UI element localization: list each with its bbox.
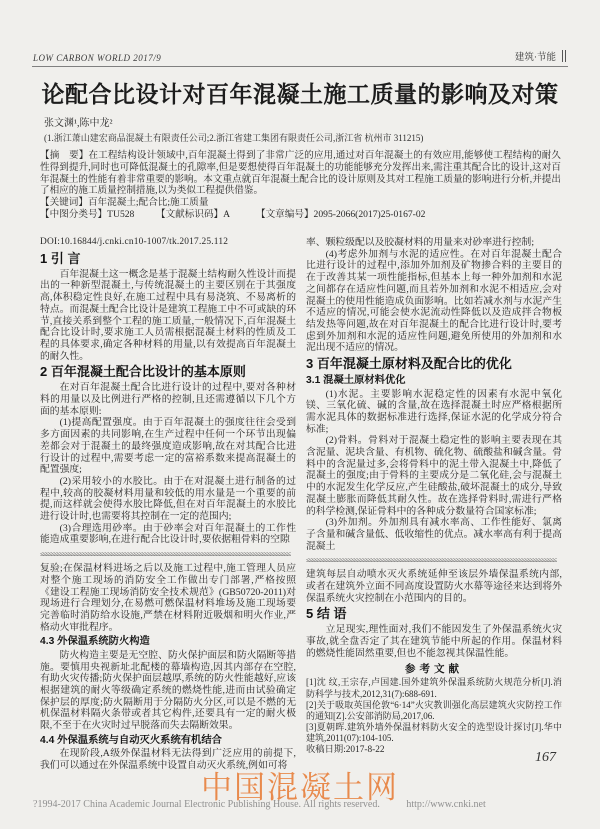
references-title: 参考文献 [306, 664, 562, 676]
section-heading-1: 1 引 言 [40, 251, 296, 267]
classification-line: 【中图分类号】TU528 【文献标识码】A 【文章编号】2095-2066(20… [40, 209, 561, 221]
article-divider: ≤≤≤≤≤≤≤≤≤≤≤≤≤≤≤≤≤≤≤≤≤≤≤≤≤≤≤≤≤≤≤≤≤≤≤≤≤≤≤≤… [40, 550, 296, 560]
clc-number: 【中图分类号】TU528 [40, 209, 156, 221]
paragraph: 防火构造主要是无空腔、防火保护面层和防火隔断等措施。要慎用央视新址北配楼的幕墙构… [40, 650, 296, 732]
article-authors: 张文渊¹,陈中龙² [44, 114, 113, 129]
paragraph: (2)骨料。骨料对于混凝土稳定性的影响主要表现在其含泥量、泥块含量、有机物、硫化… [306, 435, 562, 517]
section-heading-3: 3 百年混凝土原材料及配合比的优化 [306, 356, 562, 372]
document-code: 【文献标识码】A [156, 209, 256, 221]
article-number: 【文章编号】2095-2066(2017)25-0167-02 [256, 209, 425, 221]
paragraph: 立足现实,理性面对,我们不能因发生了外保温系统火灾事故,就全盘否定了其在建筑节能… [306, 624, 562, 659]
received-date: 收稿日期:2017-8-22 [306, 745, 562, 757]
section-tag: 建筑·节能 [515, 49, 566, 63]
right-column: 率、颗粒级配以及胶凝材料的用量来对砂率进行控制; (4)考虑外加剂与水泥的适应性… [306, 237, 562, 772]
section-tag-bars-icon [562, 50, 566, 62]
article-divider: ≤≤≤≤≤≤≤≤≤≤≤≤≤≤≤≤≤≤≤≤≤≤≤≤≤≤≤≤≤≤≤≤≤≤≤≤≤≤≤≤… [306, 556, 562, 566]
section-heading-5: 5 结 语 [306, 606, 562, 622]
paragraph: (2)采用较小的水胶比。由于在对混凝土进行制备的过程中,较高的胶凝材料用量和较低… [40, 476, 296, 523]
article-meta: 【摘 要】在工程结构设计领域中,百年混凝土得到了非常广泛的应用,通过对百年混凝土… [40, 150, 561, 221]
section-tag-label: 建筑·节能 [515, 49, 556, 63]
reference-item: [3]夏朝晖.建筑外墙外保温材料防火安全的选型设计探讨[J].华中建筑,2011… [306, 722, 562, 744]
paragraph: (1)水泥。主要影响水泥稳定性的因素有水泥中氧化镁、三氧化硫、碱的含量,故在选择… [306, 389, 562, 436]
abstract-text: 【摘 要】在工程结构设计领域中,百年混凝土得到了非常广泛的应用,通过对百年混凝土… [40, 150, 561, 197]
watermark: 中国混凝土网 [0, 762, 600, 807]
body-columns: DOI:10.16844/j.cnki.cn10-1007/tk.2017.25… [40, 237, 562, 772]
continued-paragraph: 率、颗粒级配以及胶凝材料的用量来对砂率进行控制; [306, 237, 562, 249]
article-affiliation: (1.浙江萧山建宏商品混凝土有限责任公司;2.浙江省建工集团有限责任公司,浙江省… [44, 131, 423, 144]
doi-line: DOI:10.16844/j.cnki.cn10-1007/tk.2017.25… [40, 237, 296, 249]
paragraph: (3)外加剂。外加剂具有减水率高、工作性能好、氯离子含量和碱含量低、低收缩性的优… [306, 517, 562, 552]
continued-paragraph: 建筑每层自动喷水灭火系统延伸至该层外墙保温系统内部,或者在建筑外立面不同高度设置… [306, 569, 562, 604]
paragraph: 在对百年混凝土配合比进行设计的过程中,要对各种材料的用量以及比例进行严格的控制,… [40, 382, 296, 417]
paragraph: (4)考虑外加剂与水泥的适应性。在对百年混凝土配合比进行设计的过程中,添加外加剂… [306, 249, 562, 354]
header-rule [32, 66, 568, 67]
page-header: LOW CARBON WORLD 2017/9 建筑·节能 [33, 49, 566, 63]
article-title: 论配合比设计对百年混凝土施工质量的影响及对策 [0, 76, 600, 109]
subsection-heading-3-1: 3.1 混凝土原材料优化 [306, 374, 562, 388]
keywords-line: 【关键词】百年混凝土;配合比;施工质量 [40, 197, 561, 209]
reference-item: [2]关于吸取英国伦敦“6·14”火灾教训强化高层建筑火灾防控工作的通知[Z].… [306, 700, 562, 722]
left-column: DOI:10.16844/j.cnki.cn10-1007/tk.2017.25… [40, 237, 296, 772]
subsection-heading-4-4: 4.4 外保温系统与自动灭火系统有机结合 [40, 734, 296, 748]
continued-paragraph: 复验;在保温材料进场之后以及施工过程中,施工管理人员应对整个施工现场的消防安全工… [40, 563, 296, 633]
section-heading-2: 2 百年混凝土配合比设计的基本原则 [40, 364, 296, 380]
paragraph: (1)提高配置强度。由于百年混凝土的强度往往会受到多方面因素的共同影响,在生产过… [40, 417, 296, 476]
journal-name: LOW CARBON WORLD 2017/9 [33, 53, 161, 63]
reference-item: [1]沈 纹,王宗存,卢国建.国外建筑外保温系统防火规范分析[J].消防科学与技… [306, 677, 562, 699]
subsection-heading-4-3: 4.3 外保温系统防火构造 [40, 635, 296, 649]
paragraph: 百年混凝土这一概念是基于混凝土结构耐久性设计而提出的一种新型混凝土,与传统混凝土… [40, 269, 296, 363]
paragraph: (3)合理选用砂率。由于砂率会对百年混凝土的工作性能造成重要影响,在进行配合比设… [40, 523, 296, 546]
